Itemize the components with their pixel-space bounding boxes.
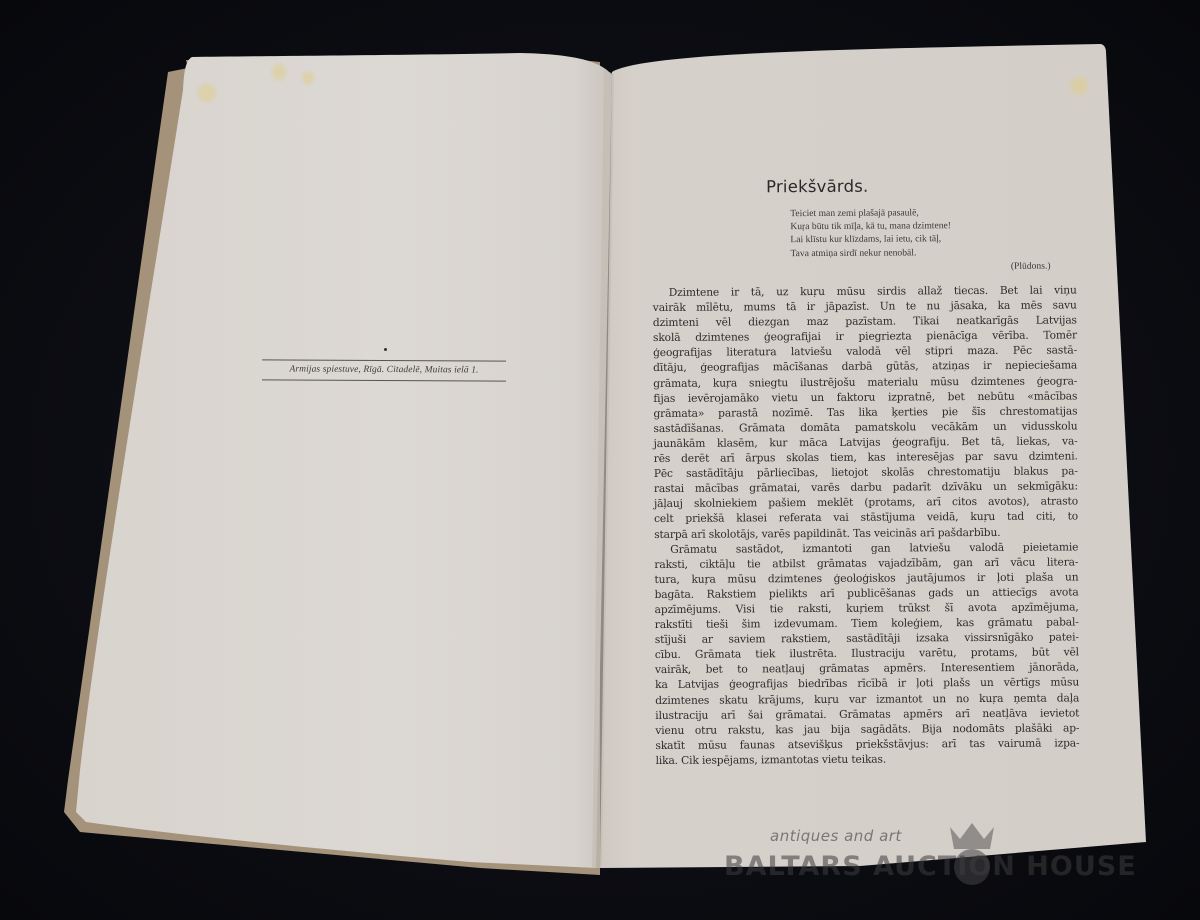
preface-page: Priekšvārds. Teiciet man zemi plašajā pa… xyxy=(652,175,1080,768)
page-title: Priekšvārds. xyxy=(766,175,1076,196)
preface-body: Dzimtene ir tā, uz kuŗu mūsu sirdis alla… xyxy=(653,282,1080,768)
ink-dot xyxy=(384,348,387,351)
stain xyxy=(1070,77,1088,95)
stain xyxy=(302,72,314,84)
text-line: skatīt mūsu faunas atsevišķus priekšstāv… xyxy=(655,735,1079,753)
text-line: lika. Cik iespējams, izmantotas vietu te… xyxy=(656,750,1080,768)
epigraph-author: (Plūdons.) xyxy=(791,259,1077,274)
stain xyxy=(272,64,286,80)
printer-imprint: Armijas spiestuve, Rīgā. Citadelē, Muita… xyxy=(262,359,506,381)
stain xyxy=(198,84,216,102)
epigraph: Teiciet man zemi plašajā pasaulē, Kuŗa b… xyxy=(790,205,1076,274)
text-line: celt priekšā klasei referata vai stāstīj… xyxy=(654,509,1078,527)
epigraph-line: Tava atmiņa sirdī nekur nenobāl. xyxy=(790,245,1076,260)
